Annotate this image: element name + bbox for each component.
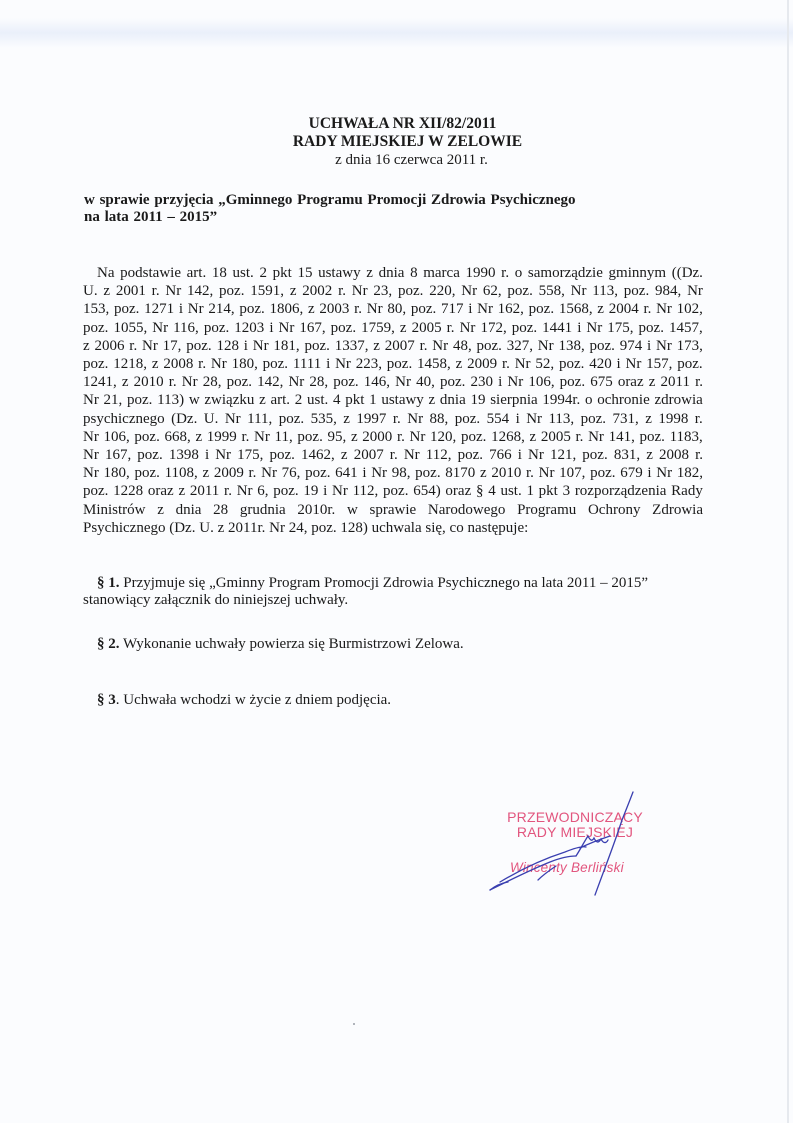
preamble-line: U.z2001r.Nr142,poz.1591,z2002r.Nr23,poz.… xyxy=(83,282,703,300)
preamble-line: Napodstawieart.18ust.2pkt15ustawyzdnia8m… xyxy=(83,264,703,282)
preamble-line: psychicznego(Dz.U.Nr111,poz.535,z1997r.N… xyxy=(83,410,703,428)
preamble-line: 153,poz.1271iNr214,poz.1806,z2003r.Nr80,… xyxy=(83,300,703,318)
resolution-issuer: RADY MIEJSKIEJ W ZELOWIE xyxy=(0,133,793,151)
legal-basis-preamble: Napodstawieart.18ust.2pkt15ustawyzdnia8m… xyxy=(83,264,703,537)
paragraph-1: § 1. Przyjmuje się „Gminny Program Promo… xyxy=(83,575,708,609)
preamble-line: Nr106,poz.668,z1999r.Nr11,poz.95,z2000r.… xyxy=(83,428,703,446)
paragraph-label: § 1. xyxy=(97,575,120,591)
paragraph-label: § 3 xyxy=(97,692,116,708)
handwritten-signature-icon xyxy=(480,790,680,900)
resolution-date: z dnia 16 czerwca 2011 r. xyxy=(0,151,793,169)
paragraph-text: Wykonanie uchwały powierza się Burmistrz… xyxy=(120,636,464,652)
resolution-header: UCHWAŁA NR XII/82/2011 RADY MIEJSKIEJ W … xyxy=(0,115,793,169)
resolution-subject: w sprawie przyjęcia „Gminnego Programu P… xyxy=(84,192,704,226)
scan-artifact-band xyxy=(0,18,793,48)
subject-line: w sprawie przyjęcia „Gminnego Programu P… xyxy=(84,192,704,209)
paragraph-text: Przyjmuje się „Gminny Program Promocji Z… xyxy=(120,575,649,591)
preamble-line: Nr167,poz.1398iNr175,poz.1462,z2007r.Nr1… xyxy=(83,446,703,464)
preamble-line: poz.1228orazz2011r.Nr6,poz.19iNr112,poz.… xyxy=(83,482,703,500)
preamble-line: 1241,z2010r.Nr28,poz.142,Nr28,poz.146,Nr… xyxy=(83,373,703,391)
preamble-line: Psychicznego (Dz. U. z 2011r. Nr 24, poz… xyxy=(83,519,703,537)
paragraph-3: § 3. Uchwała wchodzi w życie z dniem pod… xyxy=(83,692,722,709)
scan-speck xyxy=(353,1023,355,1025)
paragraph-2: § 2. Wykonanie uchwały powierza się Burm… xyxy=(83,636,722,653)
preamble-line: Nr21,poz.113)wzwiązkuzart.2ust.4pkt1usta… xyxy=(83,391,703,409)
preamble-line: Nr180,poz.1108,z2009r.Nr76,poz.641iNr98,… xyxy=(83,464,703,482)
subject-line: na lata 2011 – 2015” xyxy=(84,209,704,226)
preamble-line: Ministrówzdnia28grudnia2010r.wsprawieNar… xyxy=(83,501,703,519)
preamble-line: z2006r.Nr17,poz.128iNr181,poz.1337,z2007… xyxy=(83,337,703,355)
preamble-line: poz.1055,Nr116,poz.1203iNr167,poz.1759,z… xyxy=(83,319,703,337)
resolution-title: UCHWAŁA NR XII/82/2011 xyxy=(0,115,793,133)
paragraph-label: § 2. xyxy=(97,636,120,652)
paragraph-text: . Uchwała wchodzi w życie z dniem podjęc… xyxy=(116,692,391,708)
preamble-line: poz.1218,z2008r.Nr180,poz.1111iNr223,poz… xyxy=(83,355,703,373)
paragraph-text: stanowiący załącznik do niniejszej uchwa… xyxy=(83,592,708,609)
